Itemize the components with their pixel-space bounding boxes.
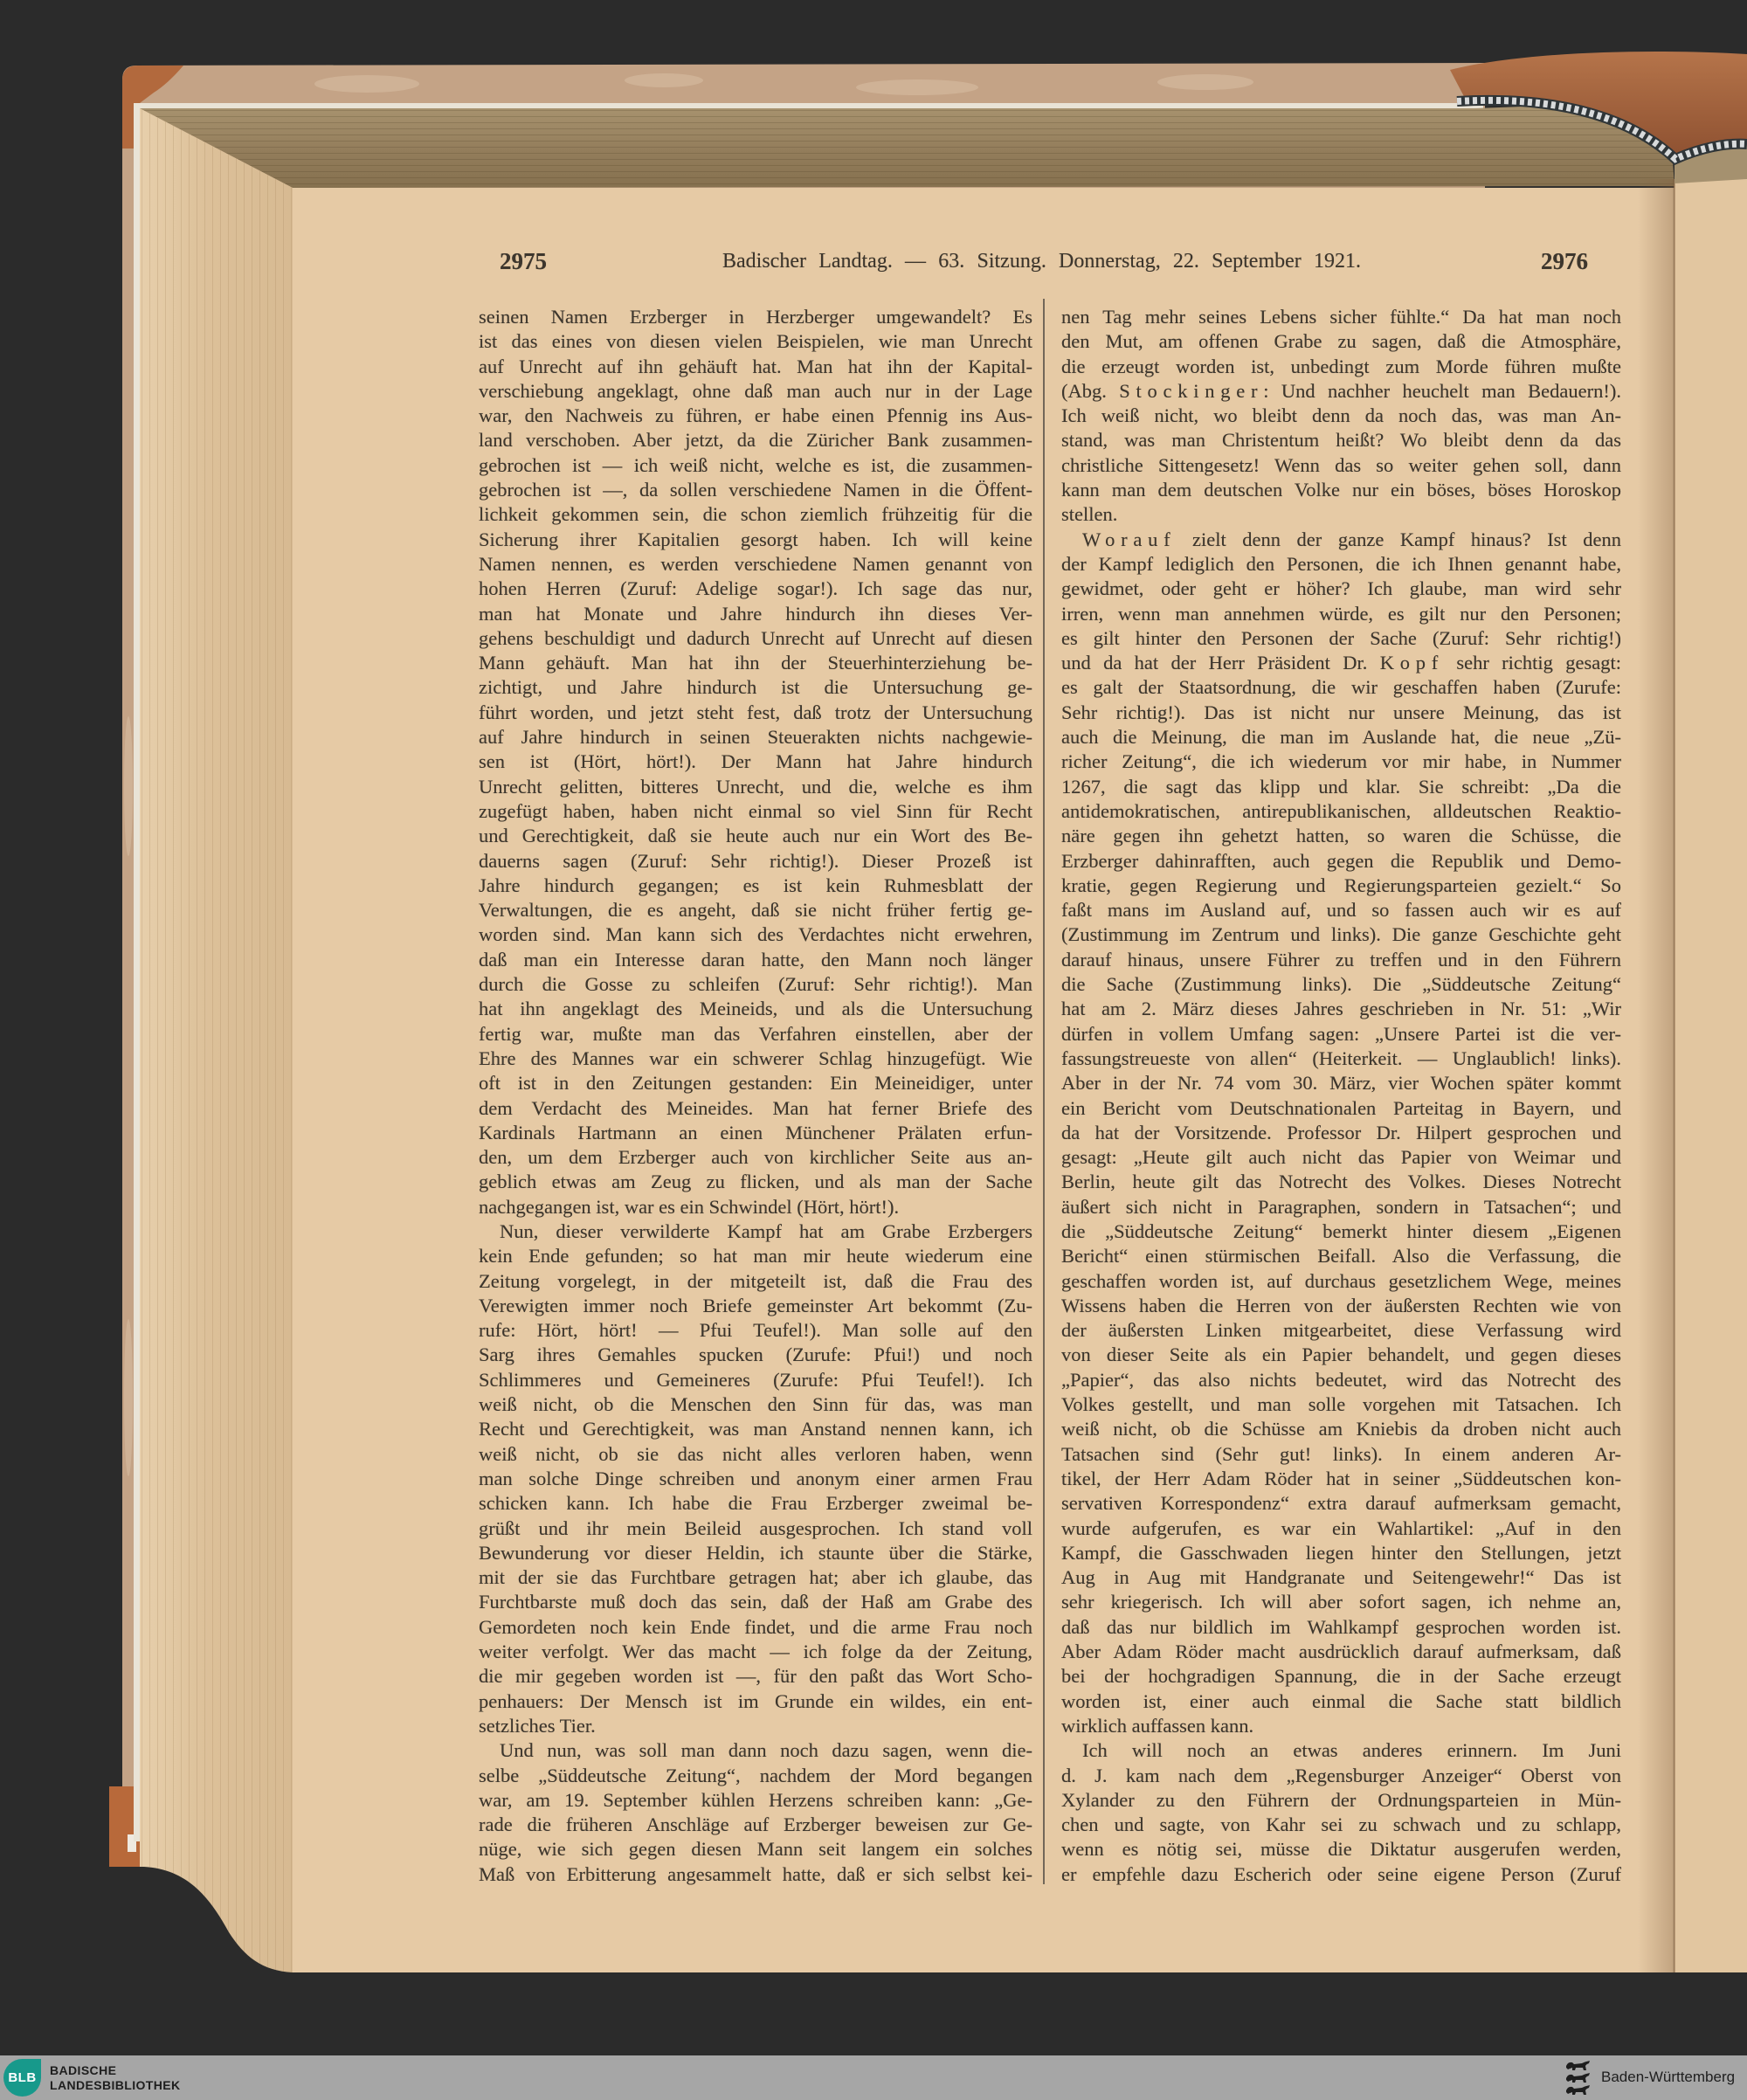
- text-line: wurde aufgerufen, es war ein Wahlartikel…: [1061, 1516, 1621, 1541]
- text-line: weiß nicht, ob die Menschen den Sinn für…: [479, 1392, 1032, 1417]
- text-line: gewidmet, oder geht er höher? Ich glaube…: [1061, 577, 1621, 601]
- text-line: sehr kriegerisch. Ich will aber sofort s…: [1061, 1590, 1621, 1614]
- text-line: war, den Nachweis zu führen, er habe ein…: [479, 404, 1032, 428]
- text-line: Aug in Aug mit Handgranate und Seitengew…: [1061, 1565, 1621, 1590]
- text-line: d. J. kam nach dem „Regensburger Anzeige…: [1061, 1764, 1621, 1788]
- letter-spaced-emphasis: Kopf: [1380, 652, 1444, 674]
- text-line: Ich weiß nicht, wo bleibt denn da noch d…: [1061, 404, 1621, 428]
- letter-spaced-emphasis: Stockinger: [1119, 380, 1263, 402]
- text-line: Unrecht gelitten, bitteres Unrecht, und …: [479, 775, 1032, 799]
- text-line: dürfen in vollem Umfang sagen: „Unsere P…: [1061, 1022, 1621, 1047]
- text-line: da hat der Vorsitzende. Professor Dr. Hi…: [1061, 1121, 1621, 1145]
- text-line: Nun, dieser verwilderte Kampf hat am Gra…: [479, 1219, 1032, 1244]
- text-line: daß man ein Interesse daran hatte, den M…: [479, 948, 1032, 972]
- text-line: grüßt und ihr mein Beileid ausgesprochen…: [479, 1516, 1032, 1541]
- column-divider: [1043, 299, 1045, 1884]
- text-line: lichkeit gekommen sein, die schon ziemli…: [479, 502, 1032, 527]
- text-line: weiß nicht, ob die Schüsse am Kniebis da…: [1061, 1417, 1621, 1441]
- text-line: Gemordeten noch kein Ende findet, und di…: [479, 1615, 1032, 1640]
- text-line: man hat Monate und Jahre hindurch ihn di…: [479, 602, 1032, 626]
- footer-bar: BLB BADISCHE LANDESBIBLIOTHEK Baden-Würt…: [0, 2055, 1747, 2100]
- text-line: (Abg. Stockinger: Und nachher heuchelt m…: [1061, 379, 1621, 404]
- text-line: hohen Herren (Zuruf: Adelige sogar!). Ic…: [479, 577, 1032, 601]
- library-name-line-2: LANDESBIBLIOTHEK: [50, 2078, 181, 2093]
- right-column-number: 2976: [1541, 247, 1588, 275]
- text-line: hat am 2. März dieses Jahres geschrieben…: [1061, 997, 1621, 1021]
- text-line: schicken kann. Ich habe die Frau Erzberg…: [479, 1491, 1032, 1516]
- left-column-number: 2975: [500, 247, 547, 275]
- text-line: geblich etwas am Zeug zu flicken, und al…: [479, 1170, 1032, 1194]
- text-line: 1267, die sagt das klipp und klar. Sie s…: [1061, 775, 1621, 799]
- text-line: Erzberger dahinrafften, auch gegen die R…: [1061, 849, 1621, 874]
- text-line: zugefügt haben, haben nicht einmal so vi…: [479, 799, 1032, 824]
- text-line: von dieser Seite als ein Papier behandel…: [1061, 1343, 1621, 1367]
- text-line: die mir gegeben worden ist —, für den pa…: [479, 1664, 1032, 1689]
- text-line: Verwaltungen, die es angeht, daß sie nic…: [479, 898, 1032, 922]
- text-line: seinen Namen Erzberger in Herzberger umg…: [479, 305, 1032, 329]
- text-line: nachgegangen ist, war es ein Schwindel (…: [479, 1195, 1032, 1219]
- text-line: auch die Meinung, die man im Auslande ha…: [1061, 725, 1621, 750]
- text-line: nen Tag mehr seines Lebens sicher fühlte…: [1061, 305, 1621, 329]
- text-line: Zeitung vorgelegt, in der mitgeteilt ist…: [479, 1269, 1032, 1294]
- text-line: faßt mans im Ausland auf, und so fassen …: [1061, 898, 1621, 922]
- text-line: Mann gehäuft. Man hat ihn der Steuerhint…: [479, 651, 1032, 675]
- text-line: war, am 19. September kühlen Herzens sch…: [479, 1788, 1032, 1813]
- text-line: Sehr richtig!). Das ist nicht nur unsere…: [1061, 701, 1621, 725]
- text-line: servativen Korrespondenz“ extra darauf a…: [1061, 1491, 1621, 1516]
- text-line: Namen nennen, es werden verschiedene Nam…: [479, 552, 1032, 577]
- blb-badge-text: BLB: [8, 2070, 36, 2085]
- letter-spaced-emphasis: Worauf: [1082, 528, 1176, 550]
- text-line: Recht und Gerechtigkeit, was man Anstand…: [479, 1417, 1032, 1441]
- text-line: man solche Dinge schreiben und anonym ei…: [479, 1467, 1032, 1491]
- text-line: Aber Adam Röder macht ausdrücklich darau…: [1061, 1640, 1621, 1664]
- text-line: selbe „Süddeutsche Zeitung“, nachdem der…: [479, 1764, 1032, 1788]
- text-line: antidemokratischen, antirepublikanischen…: [1061, 799, 1621, 824]
- text-line: die „Süddeutsche Zeitung“ bemerkt hinter…: [1061, 1219, 1621, 1244]
- text-line: durch die Gosse zu schleifen (Zuruf: Seh…: [479, 972, 1032, 997]
- text-line: wirklich auffassen kann.: [1061, 1714, 1621, 1738]
- text-line: verschiebung angeklagt, ohne daß man auc…: [479, 379, 1032, 404]
- text-line: es galt der Staatsordnung, die wir gesch…: [1061, 675, 1621, 700]
- running-header-title: Badischer Landtag. — 63. Sitzung. Donner…: [722, 247, 1361, 275]
- text-line: fertig war, mußte man das Verfahren eins…: [479, 1022, 1032, 1047]
- text-line: auf Unrecht auf ihn gehäuft hat. Man hat…: [479, 355, 1032, 379]
- text-line: Berlin, heute gilt das Notrecht des Volk…: [1061, 1170, 1621, 1194]
- text-line: Sicherung ihrer Kapitalien gesorgt haben…: [479, 528, 1032, 552]
- text-line: näre gegen ihn gehetzt hatten, so waren …: [1061, 824, 1621, 848]
- text-line: dem Verdacht des Meineides. Man hat fern…: [479, 1096, 1032, 1121]
- left-text-column: seinen Namen Erzberger in Herzberger umg…: [479, 305, 1032, 1887]
- text-line: richer Zeitung“, die ich wiederum vor mi…: [1061, 750, 1621, 774]
- text-line: penhauers: Der Mensch ist im Grunde ein …: [479, 1689, 1032, 1714]
- text-line: und Gerechtigkeit, daß sie heute auch nu…: [479, 824, 1032, 848]
- text-line: und da hat der Herr Präsident Dr. Kopf s…: [1061, 651, 1621, 675]
- text-line: irren, wenn man annehmen würde, es gilt …: [1061, 602, 1621, 626]
- adjacent-page: [1674, 179, 1747, 1972]
- text-line: stand, was man Christentum heißt? Wo ble…: [1061, 428, 1621, 452]
- text-line: hat ihn angeklagt des Meineids, und als …: [479, 997, 1032, 1021]
- text-line: tikel, der Herr Adam Röder hat in seiner…: [1061, 1467, 1621, 1491]
- text-line: den Mut, am offenen Grabe zu sagen, daß …: [1061, 329, 1621, 354]
- text-line: gesagt: „Heute gilt auch nicht das Papie…: [1061, 1145, 1621, 1170]
- text-line: kann man dem deutschen Volke nur ein bös…: [1061, 478, 1621, 502]
- text-line: darauf hinaus, unsere Führer zu treffen …: [1061, 948, 1621, 972]
- text-line: fassungstreueste von allen“ (Heiterkeit.…: [1061, 1047, 1621, 1071]
- three-lions-coat-of-arms-icon: [1565, 2059, 1592, 2097]
- text-line: stellen.: [1061, 502, 1621, 527]
- text-line: worden sind. Man kann sich des Verdachte…: [479, 922, 1032, 947]
- text-line: worden ist, einer auch einmal die Sache …: [1061, 1689, 1621, 1714]
- text-line: Jahre hindurch gegangen; es ist kein Ruh…: [479, 874, 1032, 898]
- text-line: ein Bericht vom Deutschnationalen Partei…: [1061, 1096, 1621, 1121]
- text-line: geschaffen worden ist, auf durchaus gese…: [1061, 1269, 1621, 1294]
- text-line: führt worden, und jetzt steht fest, daß …: [479, 701, 1032, 725]
- endpaper-edge-top: [134, 103, 1483, 108]
- text-line: Furchtbarste muß doch das sein, daß der …: [479, 1590, 1032, 1614]
- text-line: nüge, wie sich gegen diesen Mann seit la…: [479, 1837, 1032, 1862]
- text-line: bei der hochgradigen Spannung, die in de…: [1061, 1664, 1621, 1689]
- text-line: chen und sagte, von Kahr sei zu schwach …: [1061, 1813, 1621, 1837]
- text-line: mit der sie das Furchtbare getragen hat;…: [479, 1565, 1032, 1590]
- text-line: daß das nur bildlich im Wahlkampf gespro…: [1061, 1615, 1621, 1640]
- text-line: gebrochen ist — ich weiß nicht, welche e…: [479, 453, 1032, 478]
- text-line: Kardinals Hartmann an einen Münchener Pr…: [479, 1121, 1032, 1145]
- text-line: rufe: Hört, hört! — Pfui Teufel!). Man s…: [479, 1318, 1032, 1343]
- text-line: den, um dem Erzberger auch von kirchlich…: [479, 1145, 1032, 1170]
- text-line: Kampf, die Gasschwaden liegen hinter den…: [1061, 1541, 1621, 1565]
- text-line: der Kampf lediglich den Personen, die ic…: [1061, 552, 1621, 577]
- text-line: kratie, gegen Regierung und Regierungspa…: [1061, 874, 1621, 898]
- text-line: Ich will noch an etwas anderes erinnern.…: [1061, 1738, 1621, 1763]
- page-block-top-lines: [140, 106, 1674, 188]
- text-line: setzliches Tier.: [479, 1714, 1032, 1738]
- text-line: er empfehle dazu Escherich oder seine ei…: [1061, 1862, 1621, 1887]
- text-line: Ehre des Mannes war ein schwerer Schlag …: [479, 1047, 1032, 1071]
- endpaper-edge-left: [134, 103, 140, 1841]
- text-line: dauerns sagen (Zuruf: Sehr richtig!). Di…: [479, 849, 1032, 874]
- gutter-line: [1674, 179, 1675, 1972]
- text-line: land verschoben. Aber jetzt, da die Züri…: [479, 428, 1032, 452]
- text-line: sen ist (Hört, hört!). Der Mann hat Jahr…: [479, 750, 1032, 774]
- text-line: „Papier“, das also nichts bedeutet, wird…: [1061, 1368, 1621, 1392]
- text-line: die erzeugt worden ist, unbedingt zum Mo…: [1061, 355, 1621, 379]
- text-line: Worauf zielt denn der ganze Kampf hinaus…: [1061, 528, 1621, 552]
- text-line: weiter verfolgt. Wer das macht — ich fol…: [479, 1640, 1032, 1664]
- text-line: Schlimmeres und Gemeineres (Zurufe: Pfui…: [479, 1368, 1032, 1392]
- text-line: ist das eines von diesen vielen Beispiel…: [479, 329, 1032, 354]
- text-line: Xylander zu den Führern der Ordnungspart…: [1061, 1788, 1621, 1813]
- text-line: Bewunderung vor dieser Heldin, ich staun…: [479, 1541, 1032, 1565]
- text-line: wenn es nötig sei, müsse die Diktatur au…: [1061, 1837, 1621, 1862]
- text-line: Tatsachen sind (Sehr gut! links). In ein…: [1061, 1442, 1621, 1467]
- right-text-column: nen Tag mehr seines Lebens sicher fühlte…: [1061, 305, 1621, 1887]
- text-line: kein Ende gefunden; so hat man mir heute…: [479, 1244, 1032, 1268]
- text-line: äußert sich nicht in Paragraphen, sonder…: [1061, 1195, 1621, 1219]
- text-line: Sarg ihres Gemahles spucken (Zurufe: Pfu…: [479, 1343, 1032, 1367]
- state-name: Baden-Württemberg: [1601, 2069, 1735, 2086]
- page-fore-edge-lines: [140, 108, 293, 1972]
- text-line: gehens beschuldigt und dadurch Unrecht a…: [479, 626, 1032, 651]
- text-line: Bericht“ einen stürmischen Beifall. Also…: [1061, 1244, 1621, 1268]
- text-line: der äußersten Linken mitgearbeitet, dies…: [1061, 1318, 1621, 1343]
- text-line: zichtigt, und Jahre hindurch ist die Unt…: [479, 675, 1032, 700]
- text-line: die Sache (Zustimmung links). Die „Südde…: [1061, 972, 1621, 997]
- text-line: gebrochen ist —, da sollen verschiedene …: [479, 478, 1032, 502]
- text-line: Maß von Erbitterung angesammelt hatte, d…: [479, 1862, 1032, 1887]
- text-line: oft ist in den Zeitungen gestanden: Ein …: [479, 1071, 1032, 1095]
- text-line: Verewigten immer noch Briefe gemeinster …: [479, 1294, 1032, 1318]
- text-line: christliche Sittengesetz! Wenn das so we…: [1061, 453, 1621, 478]
- text-line: auf Jahre hindurch in seinen Steuerakten…: [479, 725, 1032, 750]
- text-line: Und nun, was soll man dann noch dazu sag…: [479, 1738, 1032, 1763]
- blb-logo-icon: BLB: [3, 2059, 41, 2097]
- text-line: Volkes gestellt, und man solle vorgehen …: [1061, 1392, 1621, 1417]
- text-line: Aber in der Nr. 74 vom 30. März, vier Wo…: [1061, 1071, 1621, 1095]
- library-name-line-1: BADISCHE: [50, 2063, 181, 2078]
- text-line: rade die früheren Anschläge auf Erzberge…: [479, 1813, 1032, 1837]
- text-line: weiß nicht, ob sie das nicht alles verlo…: [479, 1442, 1032, 1467]
- text-line: (Zustimmung im Zentrum und links). Die g…: [1061, 922, 1621, 947]
- text-line: es gilt hinter den Personen der Sache (Z…: [1061, 626, 1621, 651]
- text-line: Wissens haben die Herren von der äußerst…: [1061, 1294, 1621, 1318]
- library-name: BADISCHE LANDESBIBLIOTHEK: [50, 2063, 181, 2092]
